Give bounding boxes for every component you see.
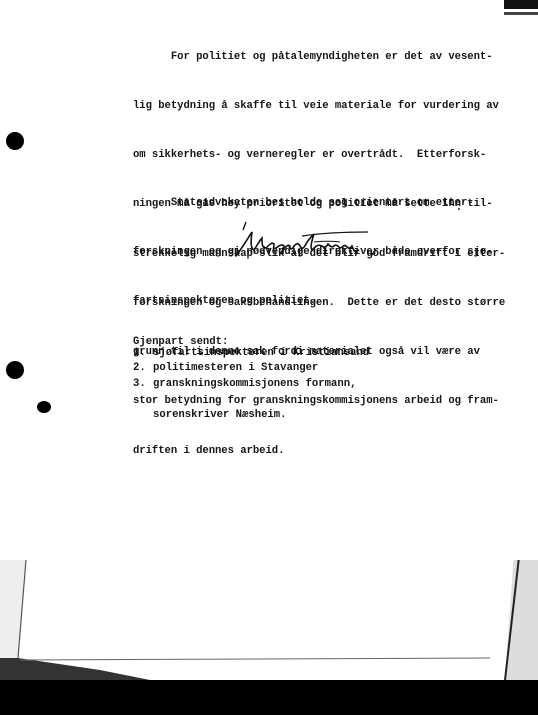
item-number: 1. — [133, 346, 153, 361]
recipient-name: politimesteren i Stavanger — [153, 362, 318, 374]
scan-bottom-border — [0, 680, 538, 715]
punch-hole-mark — [6, 132, 24, 150]
text-line: lig betydning å skaffe til veie material… — [133, 98, 493, 114]
recipient-name-continued: sorenskriver Næsheim. — [133, 408, 369, 423]
text-line: fartsinspektøren og politiet. — [133, 293, 493, 309]
recipient-item: 2.politimesteren i Stavanger — [133, 361, 369, 376]
ink-blot-mark — [37, 401, 51, 413]
scan-page-fold-shading — [0, 560, 538, 685]
recipient-item: 3.granskningskommisjonens formann, soren… — [133, 377, 369, 454]
punch-hole-mark — [6, 361, 24, 379]
text-line: Statsadvokaten bes holde seg orientert o… — [133, 195, 493, 211]
scan-edge-dark — [504, 0, 538, 9]
ink-speck — [458, 208, 460, 210]
item-number: 3. — [133, 377, 153, 392]
recipient-name: sjøfartsinspektøren i Kristiansand — [153, 347, 369, 359]
scan-edge-strip — [504, 12, 538, 15]
recipient-item: 1.sjøfartsinspektøren i Kristiansand — [133, 346, 369, 361]
copies-recipients-list: 1.sjøfartsinspektøren i Kristiansand 2.p… — [133, 346, 369, 454]
handwritten-signature — [232, 218, 382, 268]
recipient-name: granskningskommisjonens formann, — [153, 378, 356, 390]
item-number: 2. — [133, 361, 153, 376]
scanned-letter-page: For politiet og påtalemyndigheten er det… — [0, 0, 538, 715]
text-line: For politiet og påtalemyndigheten er det… — [133, 49, 493, 65]
